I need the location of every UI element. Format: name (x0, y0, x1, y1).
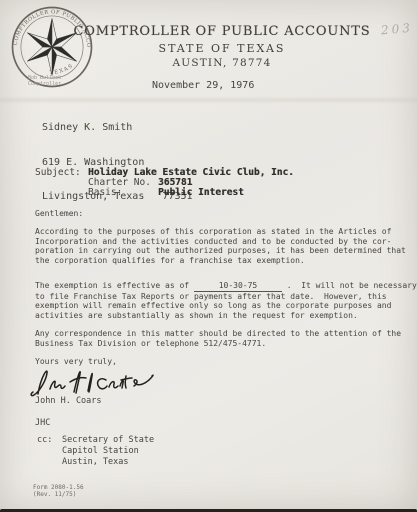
effective-date-value: 10-30-75 (219, 281, 258, 290)
paragraph-qualification: According to the purposes of this corpor… (35, 227, 406, 265)
letterhead-city-zip: AUSTIN, 78774 (72, 57, 372, 69)
cc-label: cc: (37, 435, 62, 468)
cc-block: cc: Secretary of State Capitol Station A… (37, 435, 154, 468)
seal-caption: Bob Bullock Comptroller (28, 76, 61, 88)
official-title: Comptroller (28, 82, 61, 88)
basis-value: Public Interest (158, 188, 244, 198)
paragraph2-pre-text: The exemption is effective as of (35, 281, 194, 290)
letter-date: November 29, 1976 (152, 80, 254, 91)
basis-label: Basis: (88, 188, 158, 198)
letterhead: COMPTROLLER OF PUBLIC ACCOUNTS STATE OF … (72, 24, 372, 69)
recipient-name: Sidney K. Smith (42, 122, 193, 134)
letterhead-title: COMPTROLLER OF PUBLIC ACCOUNTS (72, 24, 372, 39)
scanned-letter-page: COMPTROLLER OF PUBLIC ACCOUNTS TEXAS Bob… (0, 0, 417, 512)
salutation: Gentlemen: (35, 209, 83, 218)
recipient-address: Sidney K. Smith 619 E. Washington Living… (42, 99, 193, 226)
subject-block: Holiday Lake Estate Civic Club, Inc. Cha… (88, 168, 294, 198)
effective-date-blank: 10-30-75 (194, 281, 282, 292)
handwritten-corner-note: 203 (380, 21, 413, 38)
cc-line: Secretary of State (62, 435, 154, 446)
sender-initials: JHC (35, 418, 50, 428)
form-number: Form 2080-1.56 (33, 484, 84, 491)
sender-typed-name: John H. Coars (35, 396, 102, 406)
letterhead-subtitle: STATE OF TEXAS (72, 42, 372, 55)
paragraph-correspondence: Any correspondence in this matter should… (35, 329, 401, 348)
cc-line: Austin, Texas (62, 457, 154, 468)
form-revision: (Rev. 11/75) (33, 491, 84, 498)
subject-label: Subject: (35, 167, 81, 178)
cc-line: Capitol Station (62, 446, 154, 457)
paragraph-effective-date: The exemption is effective as of 10-30-7… (35, 281, 417, 320)
form-footer: Form 2080-1.56 (Rev. 11/75) (33, 484, 84, 498)
